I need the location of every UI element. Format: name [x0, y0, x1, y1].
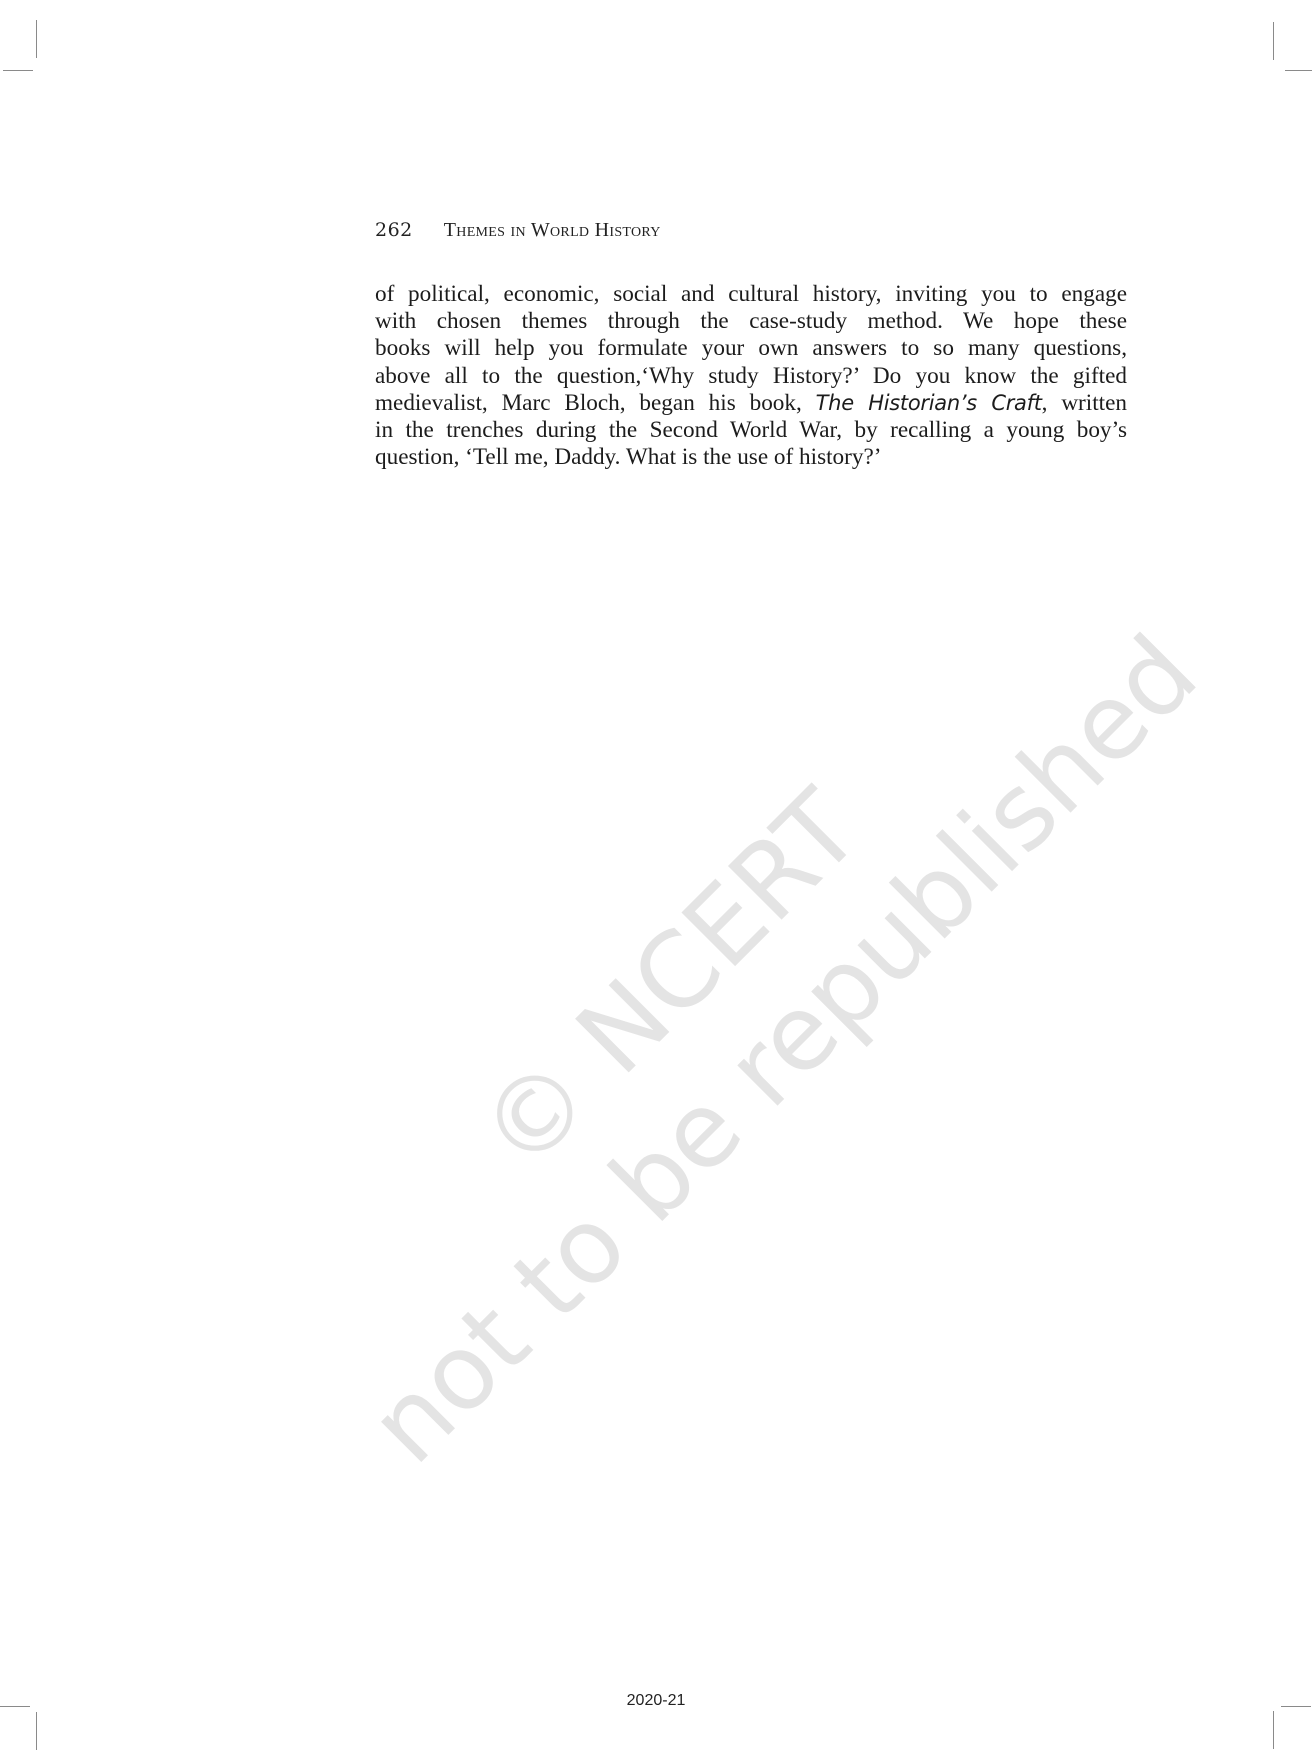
- text-line: books will help you formulate your own a…: [375, 335, 1127, 362]
- text-line: question, ‘Tell me, Daddy. What is the u…: [375, 444, 1127, 471]
- crop-mark-top-left-horizontal: [3, 70, 33, 71]
- text-line: above all to the question,‘Why study His…: [375, 363, 1127, 390]
- text-line: in the trenches during the Second World …: [375, 417, 1127, 444]
- watermark-notice-text: not to be republished: [346, 612, 1220, 1486]
- watermark-copyright-text: © NCERT: [456, 768, 883, 1195]
- page-number: 262: [375, 219, 413, 241]
- crop-mark-top-left-vertical: [36, 20, 37, 58]
- text-line: of political, economic, social and cultu…: [375, 281, 1127, 308]
- text-line: medievalist, Marc Bloch, began his book,…: [375, 390, 1127, 417]
- text-segment: medievalist, Marc Bloch, began his book,: [375, 390, 816, 416]
- running-head: 262 Themes in World History: [375, 219, 661, 247]
- body-paragraph: of political, economic, social and cultu…: [375, 281, 1127, 471]
- book-title: Themes in World History: [444, 219, 661, 242]
- footer-year: 2020-21: [0, 1692, 1312, 1710]
- book-title-italic: The Historian’s Craft: [816, 391, 1042, 415]
- crop-mark-top-right-vertical: [1273, 22, 1274, 60]
- crop-mark-top-right-horizontal: [1285, 70, 1312, 71]
- crop-mark-bottom-right-vertical: [1273, 1711, 1274, 1749]
- crop-mark-bottom-left-vertical: [36, 1712, 37, 1750]
- text-line: with chosen themes through the case-stud…: [375, 308, 1127, 335]
- text-segment: , written: [1042, 390, 1127, 416]
- watermark: © NCERT not to be republished: [0, 0, 1312, 1753]
